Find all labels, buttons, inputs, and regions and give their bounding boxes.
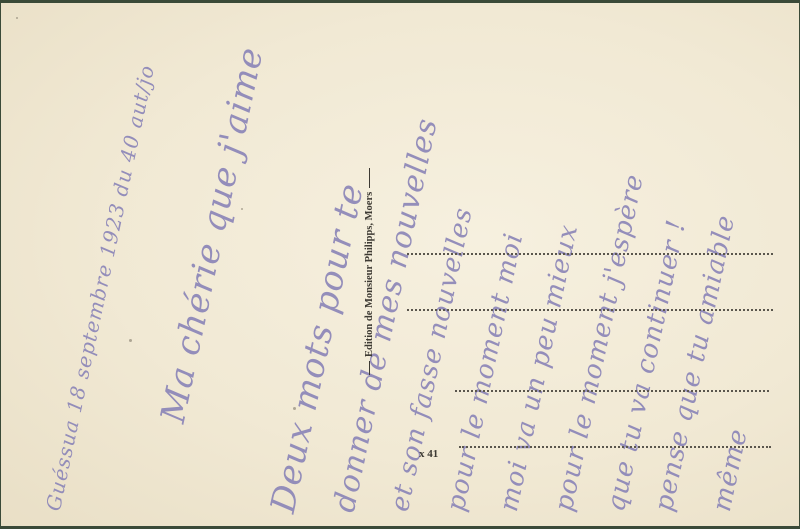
- paper-speck: [16, 17, 18, 19]
- paper-speck: [293, 407, 296, 410]
- imprint-rule-left: [369, 361, 370, 375]
- paper-speck: [241, 208, 243, 210]
- handwriting-line-2: Ma chérie que j'aime: [153, 43, 272, 426]
- address-line-2: [407, 309, 773, 311]
- handwriting-line-11: même: [707, 426, 754, 514]
- address-line-1: [407, 253, 773, 255]
- publisher-text: Edition de Monsieur Philipps, Moers: [364, 192, 375, 357]
- publisher-imprint: Edition de Monsieur Philipps, Moers: [364, 168, 375, 375]
- address-line-4: [459, 446, 771, 448]
- card-code: x 41: [419, 448, 438, 460]
- paper-speck: [129, 339, 132, 342]
- address-line-3: [455, 390, 769, 392]
- postcard-back: Guéssua 18 septembre 1923 du 40 aut/jo M…: [1, 3, 799, 526]
- imprint-rule-right: [369, 168, 370, 188]
- handwriting-line-1-date: Guéssua 18 septembre 1923 du 40 aut/jo: [41, 63, 159, 513]
